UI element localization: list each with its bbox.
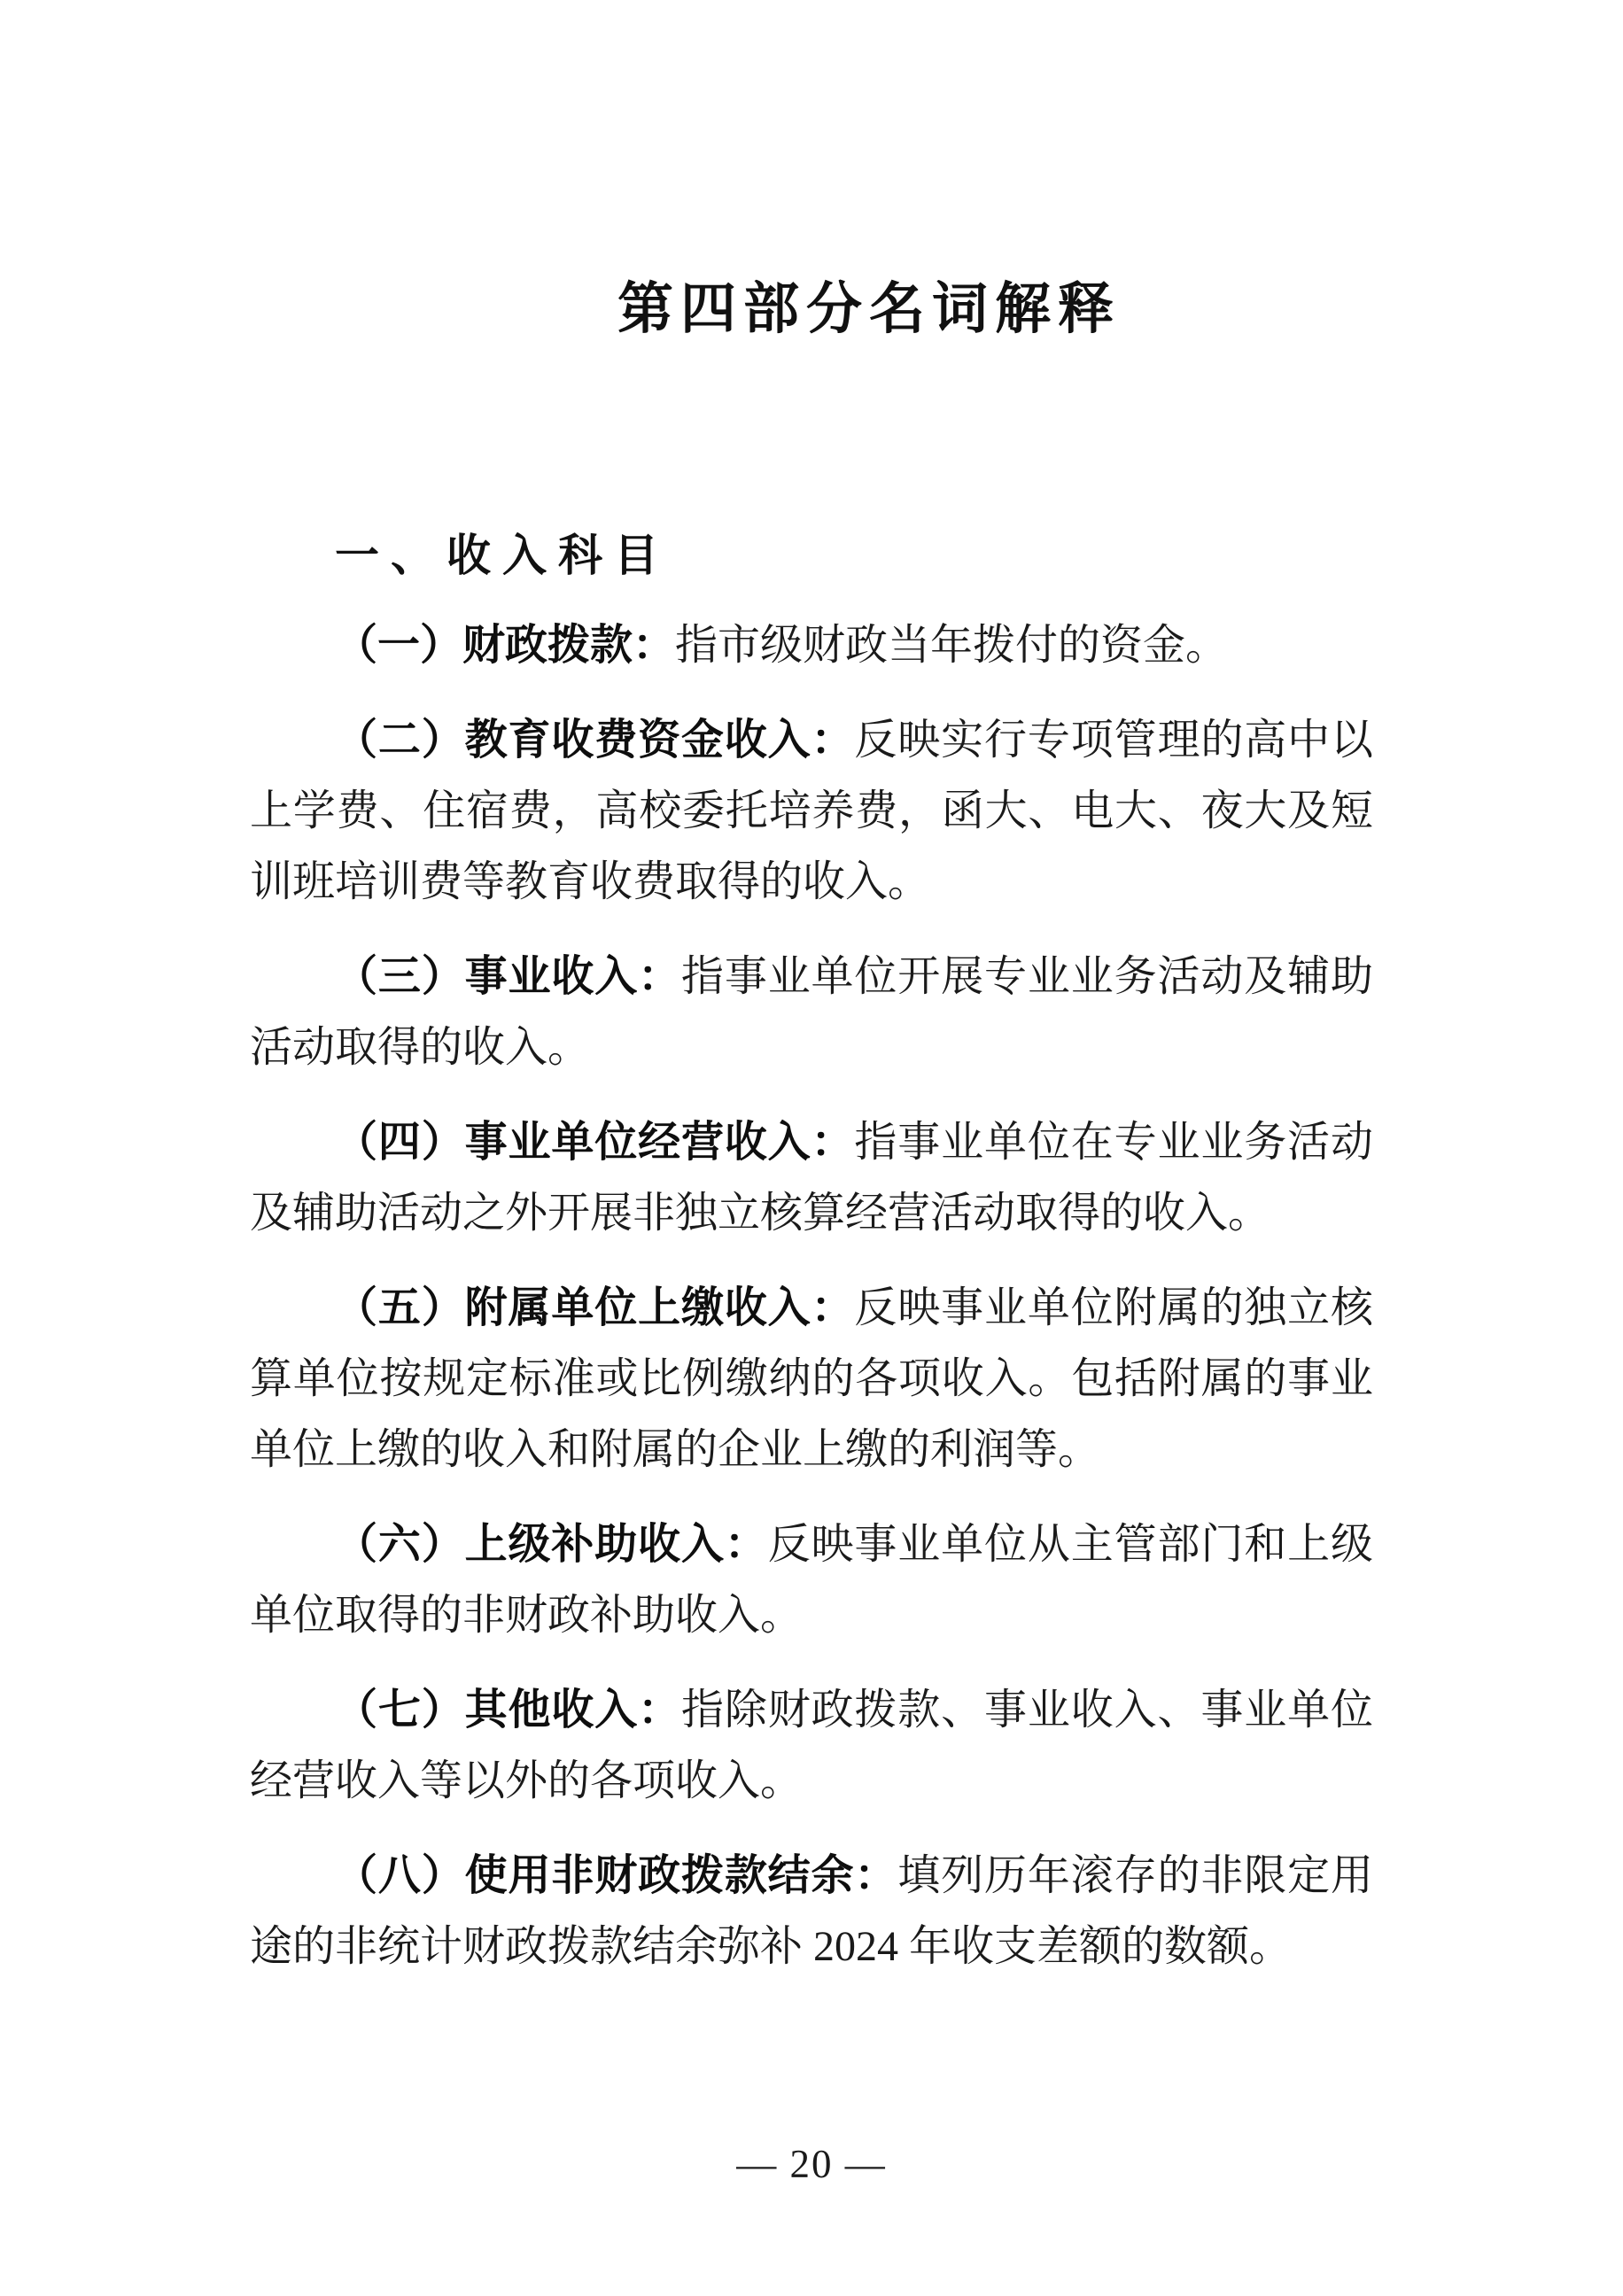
definition-paragraph: （二）教育收费资金收入：反映实行专项管理的高中以上学费、住宿费，高校委托培养费，… [250,705,1373,918]
document-page: 第四部分名词解释 一、收入科目 （一）财政拨款：指市级财政当年拨付的资金。 （二… [0,0,1623,2296]
term-label: （五）附属单位上缴收入： [335,1284,854,1331]
definition-paragraph: （六）上级补助收入：反映事业单位从主管部门和上级单位取得的非财政补助收入。 [250,1509,1373,1651]
definition-paragraph: （三）事业收入：指事业单位开展专业业务活动及辅助活动取得的收入。 [250,942,1373,1083]
definition-paragraph: （五）附属单位上缴收入：反映事业单位附属的独立核算单位按规定标准或比例缴纳的各项… [250,1273,1373,1485]
definition-paragraph: （七）其他收入：指除财政拨款、事业收入、事业单位经营收入等以外的各项收入。 [250,1675,1373,1817]
term-label: （四）事业单位经营收入： [335,1119,854,1166]
page-number: — 20 — [0,2138,1623,2190]
term-label: （二）教育收费资金收入： [335,717,854,764]
section-heading-income-items: 一、收入科目 [250,529,670,582]
definition-paragraph: （八）使用非财政拨款结余：填列历年滚存的非限定用途的非统计财政拨款结余弥补 20… [250,1841,1373,1982]
definition-paragraph: （四）事业单位经营收入：指事业单位在专业业务活动及辅助活动之外开展非独立核算经营… [250,1107,1373,1249]
page-title: 第四部分名词解释 [0,280,1623,338]
term-label: （七）其他收入： [335,1687,681,1734]
definition-paragraph: （一）财政拨款：指市级财政当年拨付的资金。 [250,610,1373,681]
document-body: （一）财政拨款：指市级财政当年拨付的资金。 （二）教育收费资金收入：反映实行专项… [250,610,1373,2006]
term-label: （六）上级补助收入： [335,1521,768,1568]
term-definition: 指市级财政当年拨付的资金。 [675,622,1228,669]
term-label: （八）使用非财政拨款结余： [335,1852,897,1899]
term-label: （一）财政拨款： [335,622,675,669]
term-label: （三）事业收入： [335,953,681,1000]
